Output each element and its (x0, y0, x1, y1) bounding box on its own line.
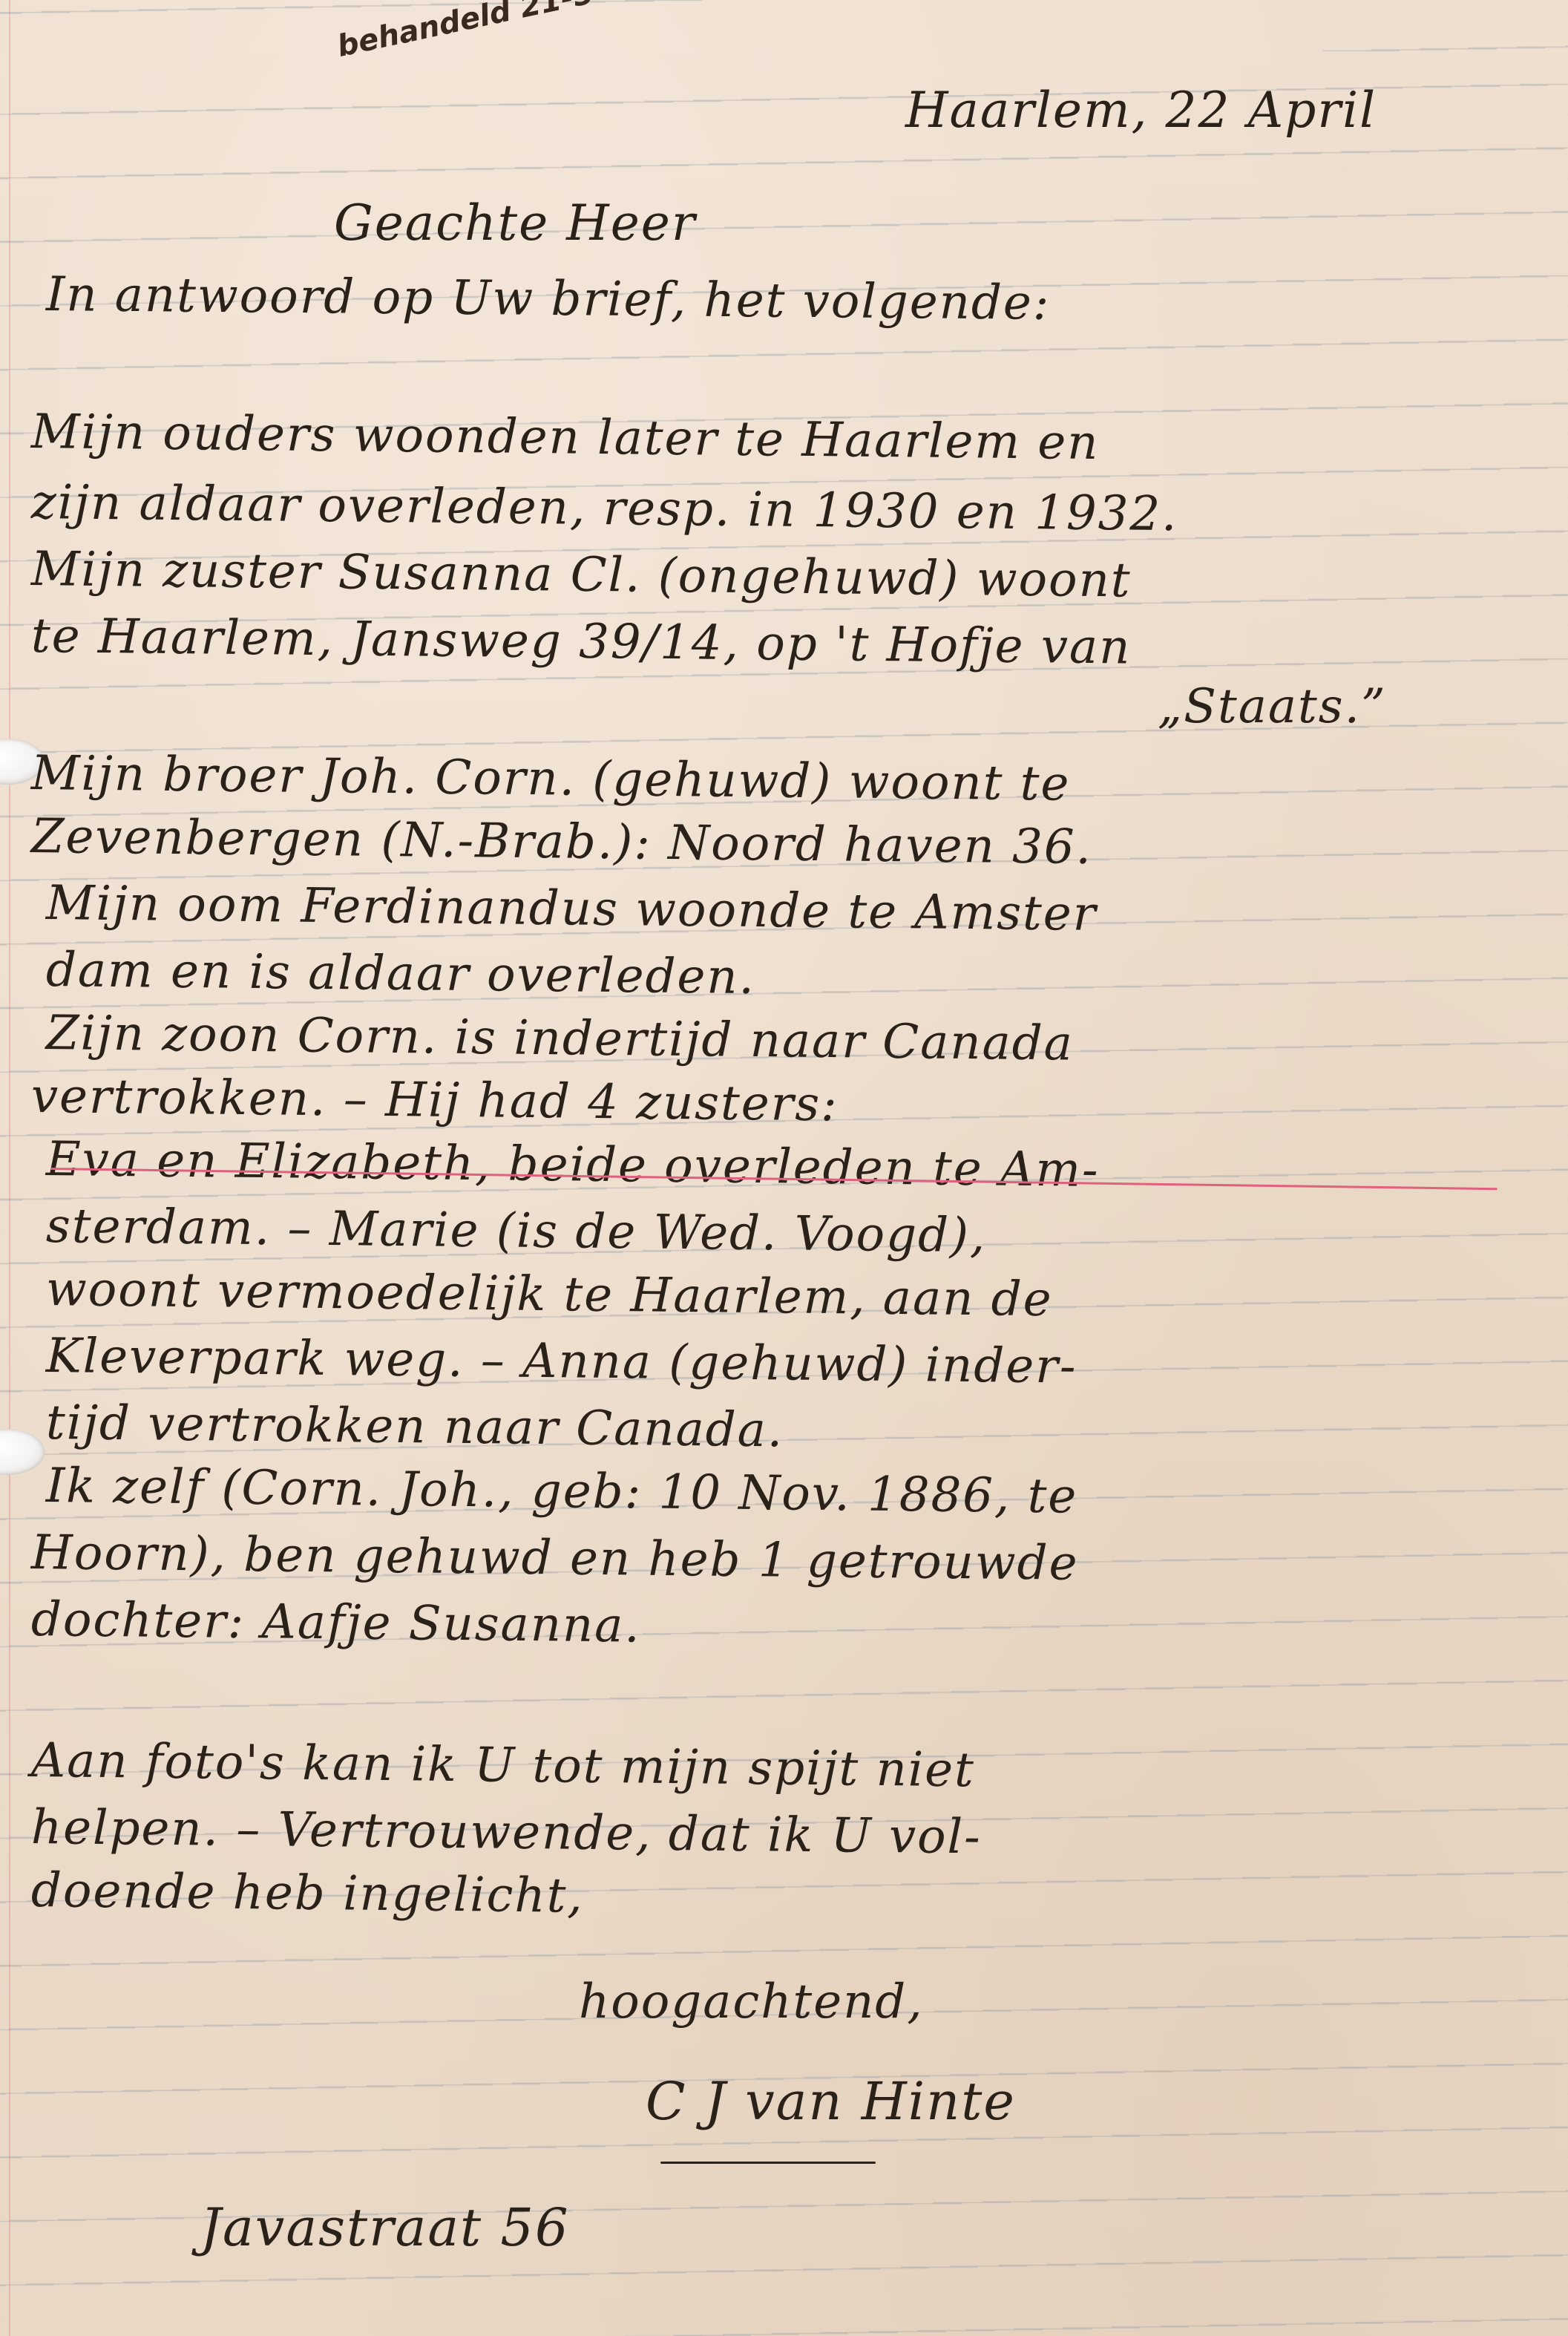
letter-line: Zijn zoon Corn. is indertijd naar Canada (46, 1006, 1075, 1071)
letter-line: vertrokken. – Hij had 4 zusters: (31, 1069, 839, 1132)
sender-address: Javastraat 56 (200, 2197, 570, 2258)
letter-line: Kleverpark weg. – Anna (gehuwd) inder- (46, 1329, 1077, 1395)
closing: hoogachtend, (579, 1975, 924, 2029)
letter-line: In antwoord op Uw brief, het volgende: (46, 267, 1051, 331)
letter-line: Mijn broer Joh. Corn. (gehuwd) woont te (31, 746, 1071, 812)
letter-line: doende heb ingelicht, (31, 1863, 585, 1924)
letter-line: helpen. – Vertrouwende, dat ik U vol- (31, 1800, 982, 1865)
letter-line: dam en is aldaar overleden. (46, 943, 756, 1005)
letter-line: Mijn ouders woonden later te Haarlem en (31, 405, 1100, 471)
letter-line: tijd vertrokken naar Canada. (46, 1396, 784, 1458)
letter-line: Hoorn), ben gehuwd en heb 1 getrouwde (31, 1525, 1079, 1591)
letter-line: te Haarlem, Jansweg 39/14, op 't Hofje v… (31, 609, 1132, 675)
letter-line-underlined: Eva en Elizabeth, beide overleden te Am- (46, 1132, 1100, 1198)
letter-line: dochter: Aafje Susanna. (31, 1592, 642, 1654)
signature: C J van Hinte (646, 2071, 1016, 2132)
letter-line: woont vermoedelijk te Haarlem, aan de (46, 1262, 1053, 1327)
letter-line: Mijn zuster Susanna Cl. (ongehuwd) woont (31, 542, 1132, 609)
letter-line: Ik zelf (Corn. Joh., geb: 10 Nov. 1886, … (46, 1459, 1078, 1525)
salutation: Geachte Heer (334, 194, 696, 252)
letter-line: Mijn oom Ferdinandus woonde te Amster (46, 876, 1098, 942)
letter-page: behandeld 21-5-55 Haarlem, 22 April Geac… (0, 0, 1568, 2336)
place-date: Haarlem, 22 April (905, 82, 1377, 139)
letter-line: sterdam. – Marie (is de Wed. Voogd), (46, 1199, 987, 1263)
margin-line (9, 0, 10, 2336)
letter-line: „Staats.” (1158, 679, 1387, 734)
signature-underline (660, 2162, 876, 2164)
letter-line: Aan foto's kan ik U tot mijn spijt niet (31, 1733, 976, 1798)
letter-line: Zevenbergen (N.-Brab.): Noord haven 36. (31, 809, 1093, 875)
